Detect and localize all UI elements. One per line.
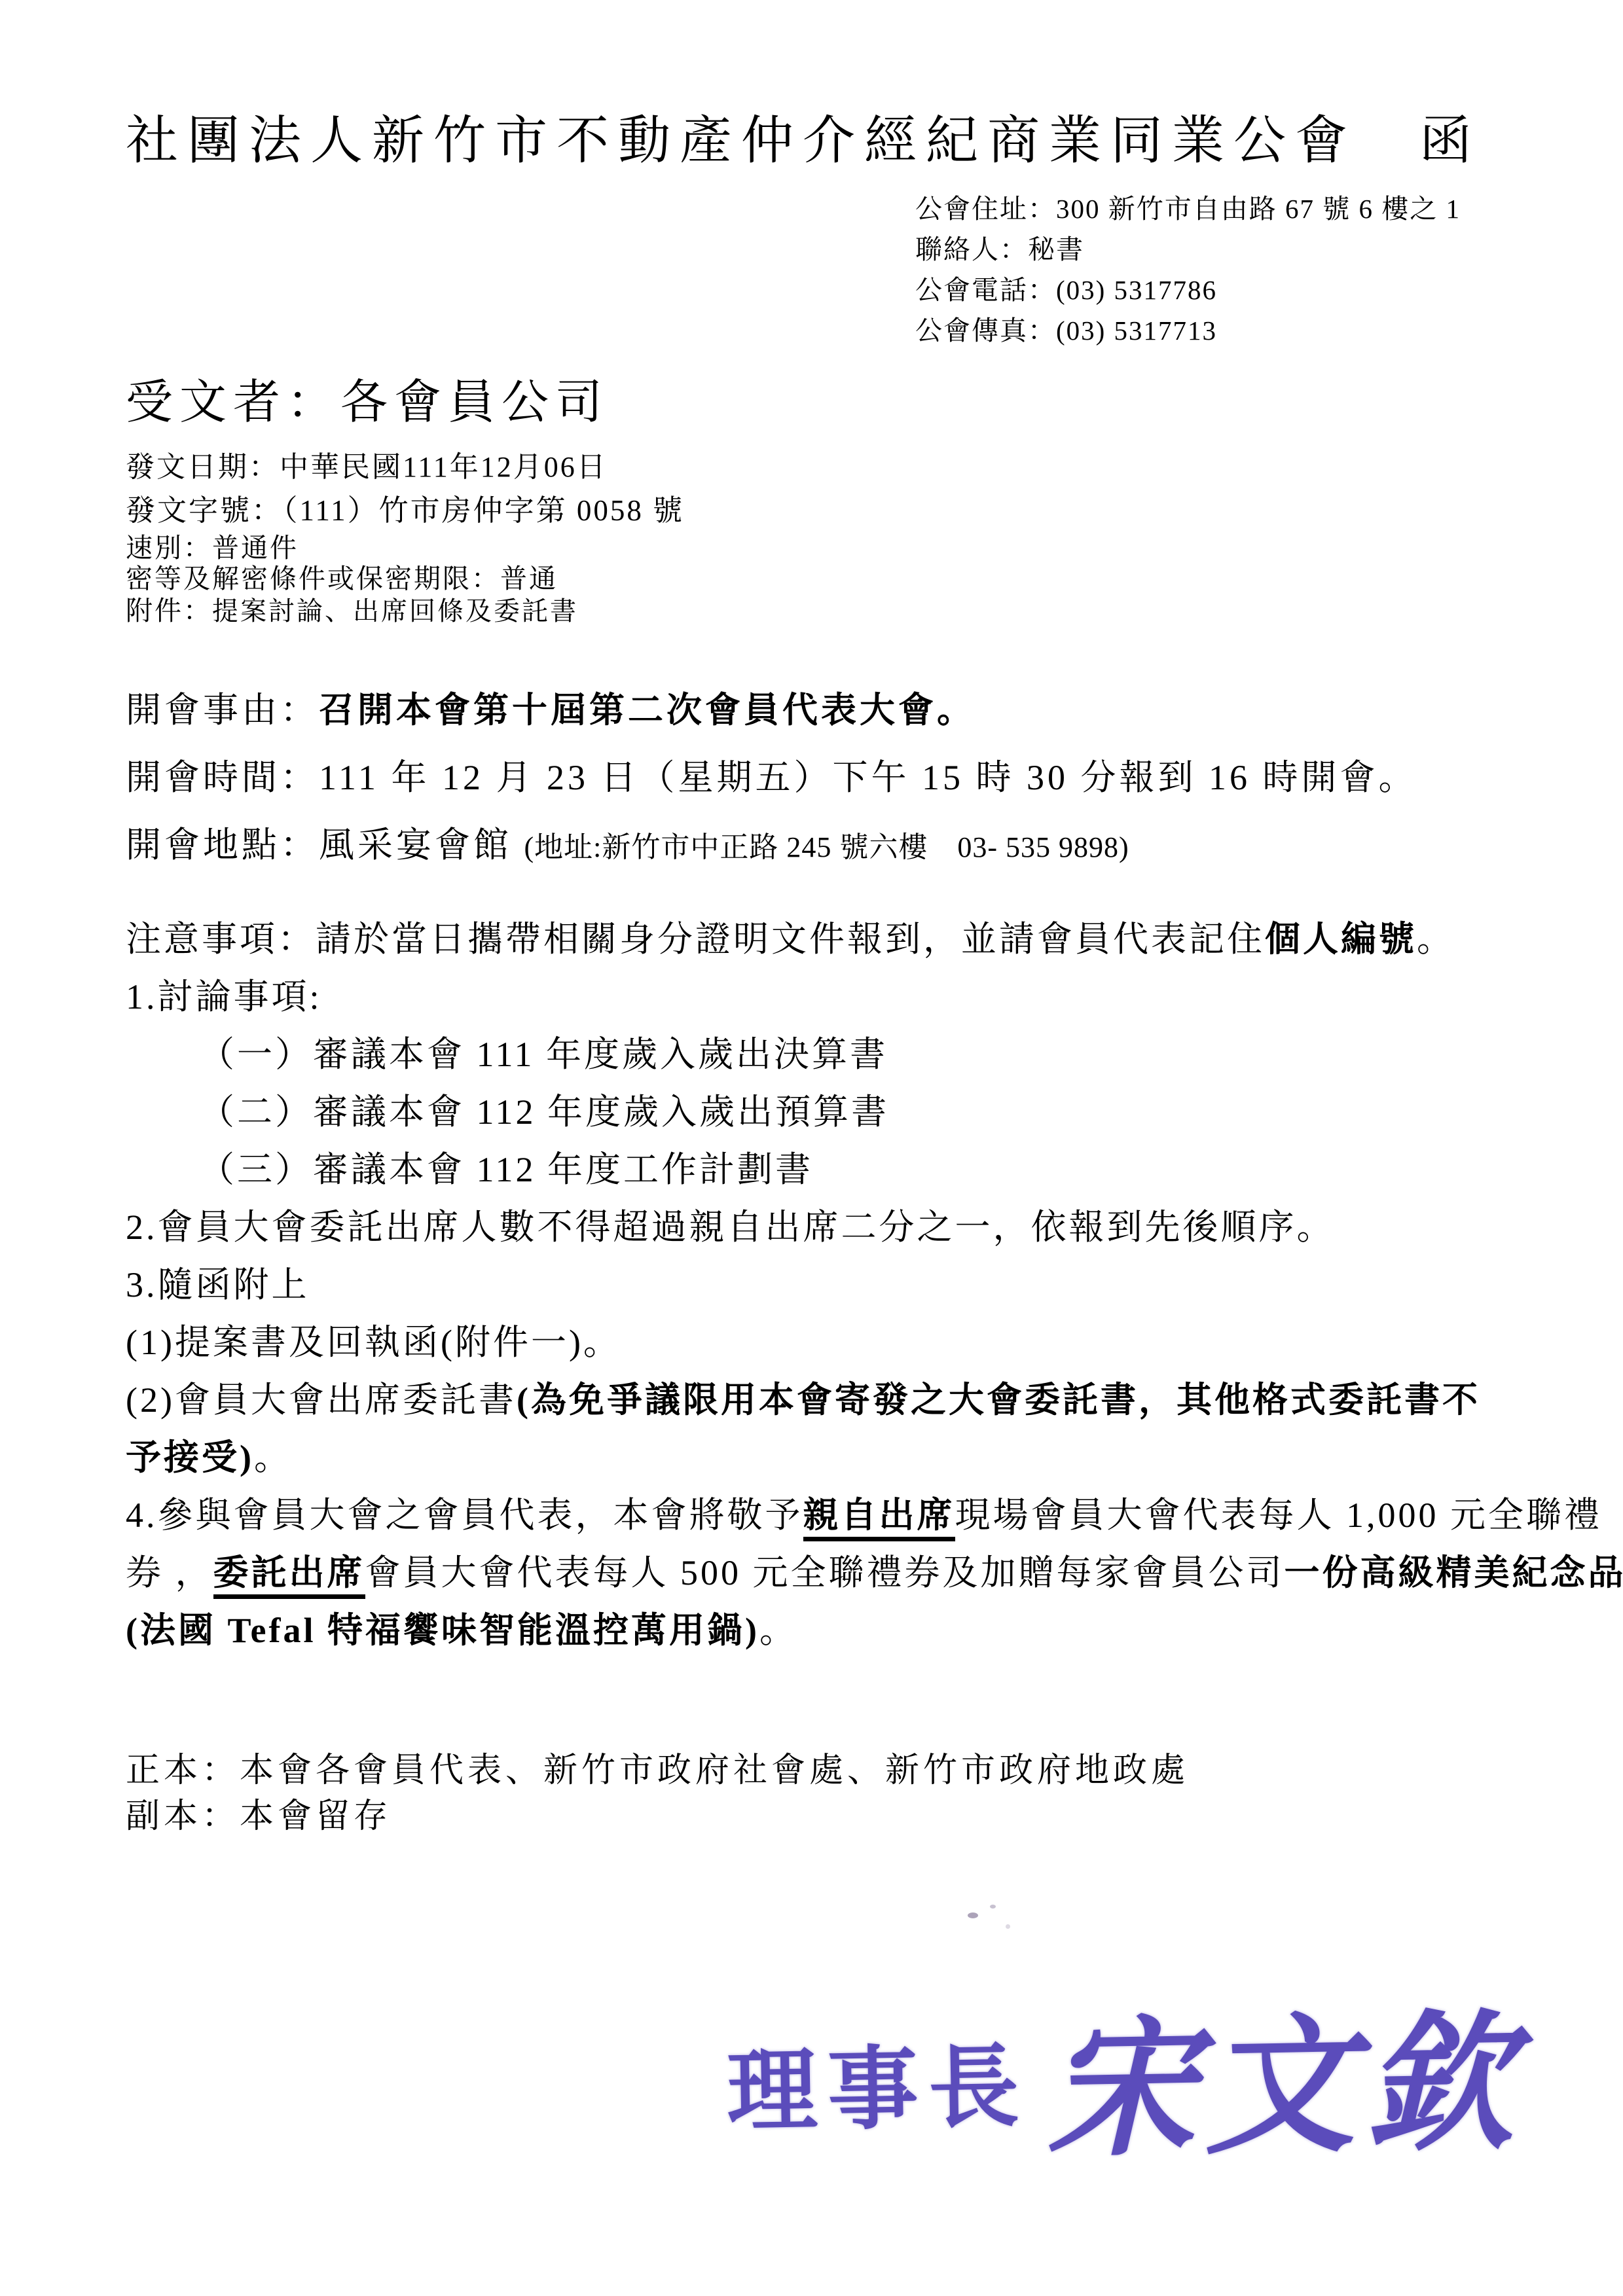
reference-number: 發文字號：（111）竹市房仲字第 0058 號 [126, 496, 684, 526]
notice-bold: 個人編號 [1265, 920, 1417, 959]
meeting-place-detail: (地址:新竹市中正路 245 號六樓 03- 535 9898) [524, 831, 1129, 863]
item4-text4: 會員大會代表每人 500 元全聯禮券及加贈每家會員公司 [365, 1553, 1285, 1592]
notice-label: 注意事項： [126, 920, 316, 959]
association-phone: 公會電話：(03) 5317786 [915, 270, 1461, 310]
association-title-line: 社團法人新竹市不動產仲介經紀商業同業公會函 [126, 98, 1481, 173]
meta-block: 發文日期：中華民國111年12月06日 發文字號：（111）竹市房仲字第 005… [126, 453, 684, 624]
official-letter-page: 社團法人新竹市不動產仲介經紀商業同業公會函 公會住址：300 新竹市自由路 67… [0, 0, 1623, 2296]
document-type: 函 [1419, 98, 1481, 173]
item2-line: 2.會員大會委託出席人數不得超過親自出席二分之一，依報到先後順序。 [126, 1210, 1623, 1245]
contact-block: 公會住址：300 新竹市自由路 67 號 6 樓之 1 聯絡人：秘書 公會電話：… [915, 188, 1461, 351]
item4-bold1: 一份高級精美紀念品 [1285, 1553, 1623, 1592]
item3-sub2-text: (2)會員大會出席委託書 [126, 1380, 517, 1420]
item3-sub2-bold1: (為免爭議限用本會寄發之大會委託書，其他格式委託書不 [517, 1380, 1480, 1420]
item1-sub3-line: （三）審議本會 112 年度工作計劃書 [126, 1152, 1623, 1187]
item4-line1: 4.參與會員大會之會員代表，本會將敬予親自出席現場會員大會代表每人 1,000 … [126, 1498, 1623, 1533]
meeting-subject-label: 開會事由： [126, 691, 319, 730]
scan-speck [990, 1905, 996, 1909]
meeting-subject-line: 開會事由：召開本會第十屆第二次會員代表大會。 [126, 692, 1417, 728]
copy-recipients-line: 副本：本會留存 [126, 1800, 1189, 1834]
item4-text3: 券 ， [126, 1553, 213, 1592]
meeting-time-value: 111 年 12 月 23 日（星期五）下午 15 時 30 分報到 16 時開… [319, 758, 1417, 797]
chairman-stamp-title: 理事長 [725, 2014, 1030, 2149]
notice-text: 請於當日攜帶相關身分證明文件報到，並請會員代表記住 [316, 920, 1265, 959]
item3-sub1-line: (1)提案書及回執函(附件一)。 [126, 1325, 1623, 1360]
item3-sub2-line1: (2)會員大會出席委託書(為免爭議限用本會寄發之大會委託書，其他格式委託書不 [126, 1382, 1623, 1418]
item4-bold2: (法國 Tefal 特福饗味智能溫控萬用鍋) [126, 1611, 759, 1650]
attachment-line: 附件：提案討論、出席回條及委託書 [126, 598, 684, 624]
item1-sub1-line: （一）審議本會 111 年度歲入歲出決算書 [126, 1037, 1623, 1072]
footer-block: 正本：本會各會員代表、新竹市政府社會處、新竹市政府地政處 副本：本會留存 [126, 1754, 1189, 1846]
meeting-block: 開會事由：召開本會第十屆第二次會員代表大會。 開會時間：111 年 12 月 2… [126, 692, 1417, 897]
meeting-time-line: 開會時間：111 年 12 月 23 日（星期五）下午 15 時 30 分報到 … [126, 760, 1417, 795]
attachment-value: 提案討論、出席回條及委託書 [212, 596, 578, 626]
association-fax: 公會傳真：(03) 5317713 [915, 310, 1461, 351]
item4-line3: (法國 Tefal 特福饗味智能溫控萬用鍋)。 [126, 1613, 1623, 1648]
meeting-place-line: 開會地點：風采宴會館 (地址:新竹市中正路 245 號六樓 03- 535 98… [126, 827, 1417, 865]
item4-emphasis-attend: 親自出席 [803, 1496, 955, 1541]
original-recipients-line: 正本：本會各會員代表、新竹市政府社會處、新竹市政府地政處 [126, 1754, 1189, 1788]
priority-level: 速別：普通件 [126, 535, 684, 562]
notice-period: 。 [1417, 920, 1455, 959]
item4-line2: 券 ，委託出席會員大會代表每人 500 元全聯禮券及加贈每家會員公司一份高級精美… [126, 1555, 1623, 1590]
meeting-place-value: 風采宴會館 [319, 825, 524, 865]
item3-line: 3.隨函附上 [126, 1267, 1623, 1302]
item1-line: 1.討論事項: [126, 979, 1623, 1014]
notice-line: 注意事項：請於當日攜帶相關身分證明文件報到，並請會員代表記住個人編號。 [126, 922, 1623, 957]
scan-speck [968, 1912, 978, 1918]
chairman-stamp-name: 宋文欽 [1044, 1963, 1523, 2185]
contact-person: 聯絡人：秘書 [915, 229, 1461, 270]
chairman-stamp: 理事長 宋文欽 [725, 1963, 1523, 2191]
meeting-place-label: 開會地點： [126, 825, 319, 865]
association-name: 社團法人新竹市不動產仲介經紀商業同業公會 [126, 113, 1357, 170]
recipient-line: 受文者：各會員公司 [126, 364, 609, 432]
item1-sub2-line: （二）審議本會 112 年度歲入歲出預算書 [126, 1094, 1623, 1130]
issue-date: 發文日期：中華民國111年12月06日 [126, 453, 684, 482]
body-block: 注意事項：請於當日攜帶相關身分證明文件報到，並請會員代表記住個人編號。 1.討論… [126, 922, 1623, 1670]
association-address: 公會住址：300 新竹市自由路 67 號 6 樓之 1 [915, 188, 1461, 229]
meeting-time-label: 開會時間： [126, 758, 319, 797]
item3-sub2-period: 。 [254, 1438, 292, 1477]
item4-text1: 4.參與會員大會之會員代表，本會將敬予 [126, 1496, 803, 1535]
meeting-subject-value: 召開本會第十屆第二次會員代表大會。 [319, 691, 976, 730]
scan-speck [1006, 1924, 1010, 1929]
item3-sub2-line2: 予接受)。 [126, 1440, 1623, 1475]
item4-text2: 現場會員大會代表每人 1,000 元全聯禮 [955, 1496, 1603, 1535]
item4-emphasis-proxy: 委託出席 [213, 1553, 365, 1599]
item3-sub2-bold2: 予接受) [126, 1438, 254, 1477]
security-class: 密等及解密條件或保密期限：普通 [126, 565, 684, 592]
item4-period: 。 [759, 1611, 797, 1650]
attachment-label: 附件： [126, 596, 212, 626]
